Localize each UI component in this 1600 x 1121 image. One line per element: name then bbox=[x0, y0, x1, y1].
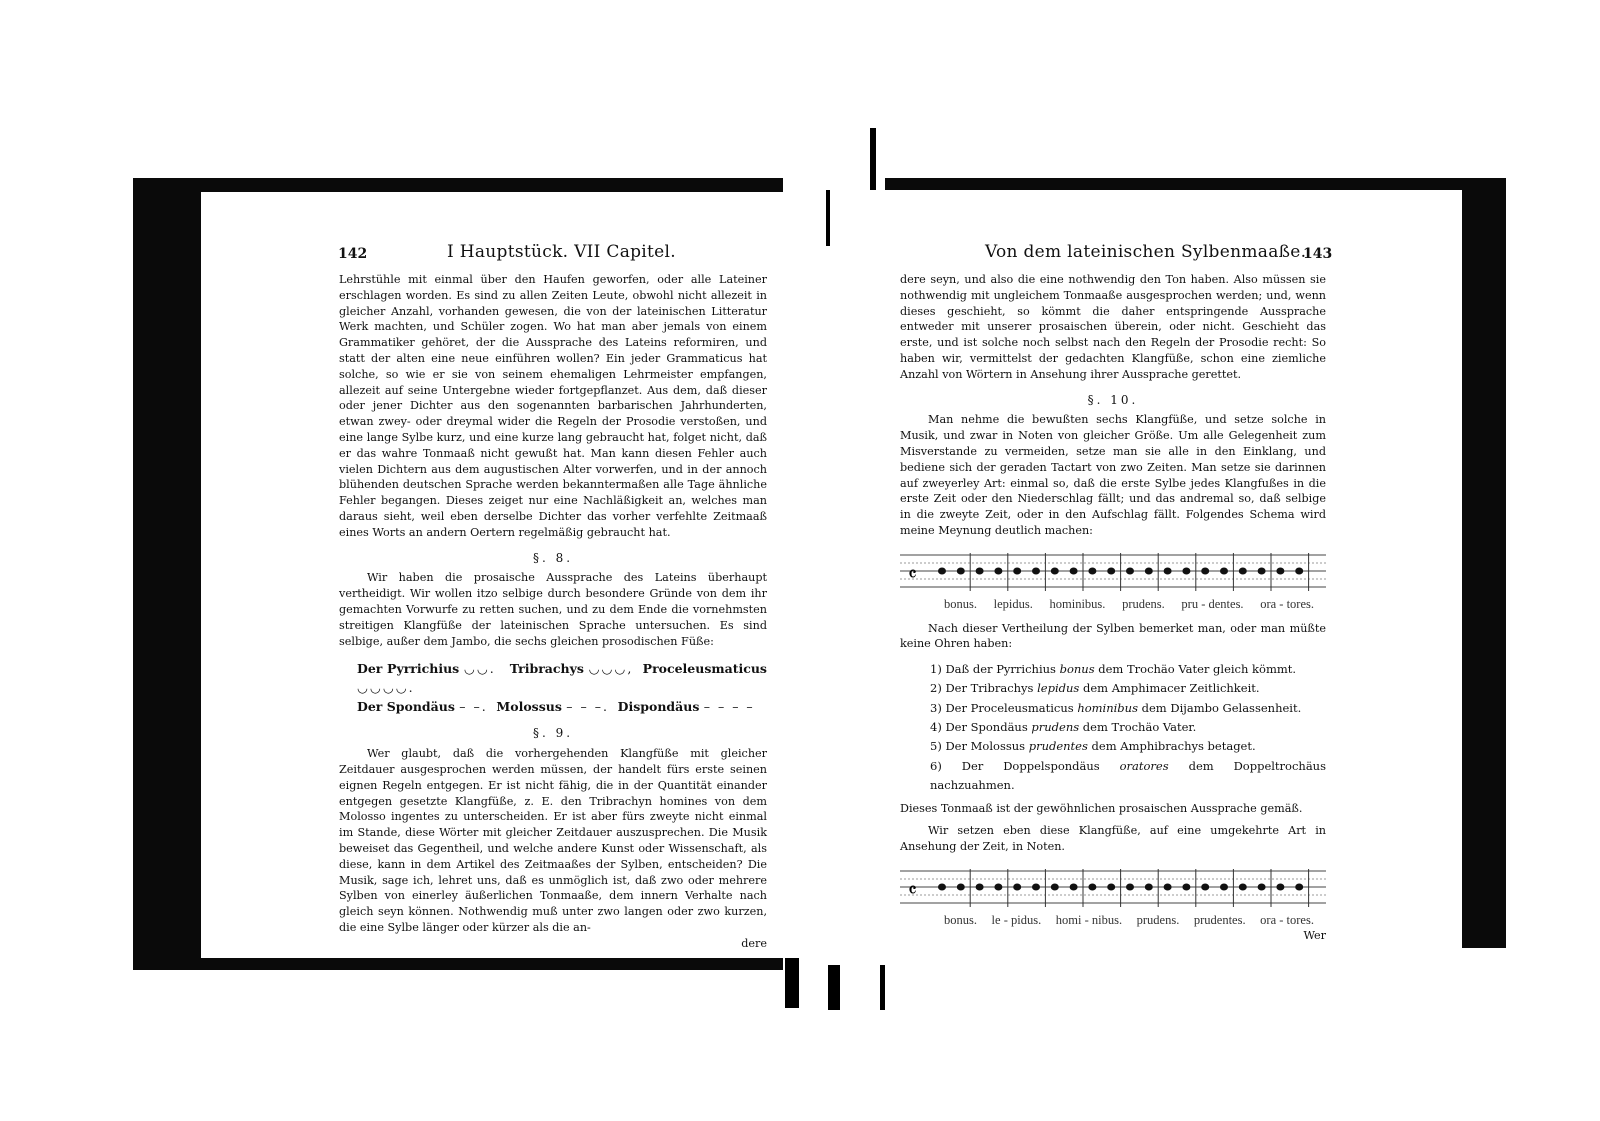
list-item: 4) Der Spondäus prudens dem Trochäo Vate… bbox=[930, 718, 1326, 737]
paragraph: Wir haben die prosaische Aussprache des … bbox=[339, 570, 767, 649]
section-heading: §. 9. bbox=[339, 726, 767, 742]
section-heading: §. 10. bbox=[900, 393, 1326, 409]
paragraph: Lehrstühle mit einmal über den Haufen ge… bbox=[339, 272, 767, 541]
syllable-label: lepidus. bbox=[994, 597, 1033, 613]
left-page-text: Lehrstühle mit einmal über den Haufen ge… bbox=[339, 272, 767, 951]
syllable-label: ora - tores. bbox=[1260, 597, 1314, 613]
right-book-edge bbox=[1462, 178, 1506, 948]
top-edge-left bbox=[133, 178, 783, 192]
syllable-label: bonus. bbox=[944, 913, 977, 929]
gutter-mark-bottom-3 bbox=[880, 965, 885, 1010]
list-item: 5) Der Molossus prudentes dem Amphibrach… bbox=[930, 737, 1326, 756]
running-head-right: Von dem lateinischen Sylbenmaaße. bbox=[985, 242, 1306, 262]
list-item: 1) Daß der Pyrrichius bonus dem Trochäo … bbox=[930, 660, 1326, 679]
syllable-label: prudens. bbox=[1137, 913, 1180, 929]
left-book-edge bbox=[133, 178, 201, 970]
gutter-mark-top-2 bbox=[870, 128, 876, 190]
right-page: Von dem lateinischen Sylbenmaaße. 143 de… bbox=[885, 190, 1462, 960]
syllable-label: le - pidus. bbox=[992, 913, 1042, 929]
syllable-label: hominibus. bbox=[1050, 597, 1106, 613]
catchword: dere bbox=[339, 936, 767, 952]
paragraph: Wir setzen eben diese Klangfüße, auf ein… bbox=[900, 823, 1326, 855]
syllable-label: bonus. bbox=[944, 597, 977, 613]
running-head-left: I Hauptstück. VII Capitel. bbox=[447, 242, 676, 262]
top-edge-right bbox=[885, 178, 1505, 190]
page-number-right: 143 bbox=[1303, 246, 1332, 262]
page-number-left: 142 bbox=[338, 246, 367, 262]
prosodic-feet-list: Der Pyrrichius ◡◡. Tribrachys ◡◡◡, Proce… bbox=[357, 659, 767, 716]
feet-line: Der Pyrrichius ◡◡. Tribrachys ◡◡◡, Proce… bbox=[357, 659, 767, 697]
book-scan: 142 I Hauptstück. VII Capitel. Lehrstühl… bbox=[0, 0, 1600, 1121]
syllable-label: homi - nibus. bbox=[1056, 913, 1122, 929]
music-staff-2: 𝄴 bbox=[900, 867, 1326, 911]
syllable-label: prudens. bbox=[1122, 597, 1165, 613]
paragraph: Dieses Tonmaaß ist der gewöhnlichen pros… bbox=[900, 801, 1326, 817]
staff-notation: 𝄴 bbox=[900, 551, 1326, 595]
paragraph: dere seyn, und also die eine nothwendig … bbox=[900, 272, 1326, 383]
staff-2-syllables: bonus.le - pidus.homi - nibus.prudens.pr… bbox=[900, 913, 1326, 929]
paragraph: Man nehme die bewußten sechs Klangfüße, … bbox=[900, 412, 1326, 538]
right-page-text: dere seyn, und also die eine nothwendig … bbox=[900, 272, 1326, 944]
svg-text:𝄴: 𝄴 bbox=[908, 878, 917, 902]
staff-1-syllables: bonus.lepidus.hominibus.prudens.pru - de… bbox=[900, 597, 1326, 613]
paragraph: Nach dieser Vertheilung der Sylben bemer… bbox=[900, 621, 1326, 653]
bottom-edge-left bbox=[133, 958, 783, 970]
left-page: 142 I Hauptstück. VII Capitel. Lehrstühl… bbox=[201, 192, 785, 958]
gutter-mark-bottom bbox=[785, 958, 799, 1008]
syllable-label: pru - dentes. bbox=[1181, 597, 1243, 613]
gutter-mark-top bbox=[826, 190, 830, 246]
music-staff-1: 𝄴 bbox=[900, 551, 1326, 595]
syllable-label: ora - tores. bbox=[1260, 913, 1314, 929]
catchword: Wer bbox=[900, 928, 1326, 944]
svg-text:𝄴: 𝄴 bbox=[908, 562, 917, 586]
gutter-mark-bottom-2 bbox=[828, 965, 840, 1010]
list-item: 3) Der Proceleusmaticus hominibus dem Di… bbox=[930, 699, 1326, 718]
list-item: 6) Der Doppelspondäus oratores dem Doppe… bbox=[930, 757, 1326, 796]
paragraph: Wer glaubt, daß die vorhergehenden Klang… bbox=[339, 746, 767, 936]
observations-list: 1) Daß der Pyrrichius bonus dem Trochäo … bbox=[930, 660, 1326, 795]
list-item: 2) Der Tribrachys lepidus dem Amphimacer… bbox=[930, 679, 1326, 698]
staff-notation: 𝄴 bbox=[900, 867, 1326, 911]
section-heading: §. 8. bbox=[339, 551, 767, 567]
syllable-label: prudentes. bbox=[1194, 913, 1246, 929]
feet-line: Der Spondäus – –. Molossus – – –. Dispon… bbox=[357, 697, 767, 716]
